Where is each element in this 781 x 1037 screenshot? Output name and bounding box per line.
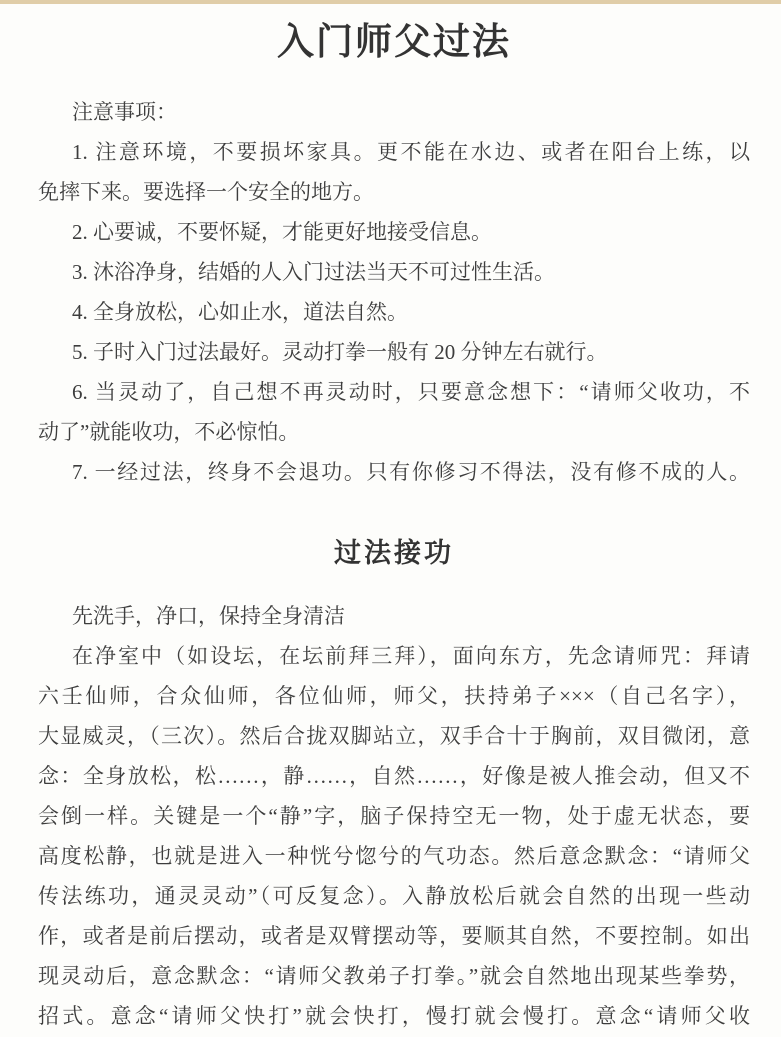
method-section-heading: 过法接功 — [38, 536, 750, 570]
text-line: 在净室中（如设坛，在坛前拜三拜），面向东方，先念请师咒：拜请 — [38, 636, 750, 676]
text-line: 大显威灵，（三次）。然后合拢双脚站立，双手合十于胸前，双目微闭，意 — [38, 716, 750, 756]
scanned-document-page: { "colors": { "top_strip": "#e0cda8", "t… — [0, 0, 781, 1037]
text-line: 1. 注意环境，不要损坏家具。更不能在水边、或者在阳台上练，以 — [38, 132, 750, 172]
text-line: 现灵动后，意念默念：“请师父教弟子打拳。”就会自然地出现某些拳势， — [38, 956, 750, 996]
page-body: 入门师父过法 注意事项： 1. 注意环境，不要损坏家具。更不能在水边、或者在阳台… — [0, 20, 781, 1036]
text-line: 会倒一样。关键是一个“静”字，脑子保持空无一物，处于虚无状态，要 — [38, 796, 750, 836]
text-line: 念：全身放松，松……，静……，自然……，好像是被人推会动，但又不 — [38, 756, 750, 796]
text-line: 6. 当灵动了，自己想不再灵动时，只要意念想下：“请师父收功，不 — [38, 372, 750, 412]
text-line: 4. 全身放松，心如止水，道法自然。 — [38, 292, 750, 332]
notes-heading: 注意事项： — [38, 92, 750, 132]
text-line: 招式。意念“请师父快打”就会快打，慢打就会慢打。意念“请师父收 — [38, 996, 750, 1036]
text-line: 3. 沐浴净身，结婚的人入门过法当天不可过性生活。 — [38, 252, 750, 292]
text-line: 高度松静，也就是进入一种恍兮惚兮的气功态。然后意念默念：“请师父 — [38, 836, 750, 876]
text-line: 5. 子时入门过法最好。灵动打拳一般有 20 分钟左右就行。 — [38, 332, 750, 372]
text-line: 7. 一经过法，终身不会退功。只有你修习不得法，没有修不成的人。 — [38, 452, 750, 492]
text-line: 六壬仙师，合众仙师，各位仙师，师父，扶持弟子×××（自己名字）， — [38, 676, 750, 716]
method-section-text: 先洗手，净口，保持全身清洁在净室中（如设坛，在坛前拜三拜），面向东方，先念请师咒… — [38, 596, 750, 1036]
page-top-border — [0, 0, 781, 4]
page-title: 入门师父过法 — [38, 20, 750, 66]
text-line: 动了”就能收功，不必惊怕。 — [38, 412, 750, 452]
notes-list: 1. 注意环境，不要损坏家具。更不能在水边、或者在阳台上练，以免摔下来。要选择一… — [38, 132, 750, 492]
text-line: 传法练功，通灵灵动”（可反复念）。入静放松后就会自然的出现一些动 — [38, 876, 750, 916]
text-line: 先洗手，净口，保持全身清洁 — [38, 596, 750, 636]
text-line: 作，或者是前后摆动，或者是双臂摆动等，要顺其自然，不要控制。如出 — [38, 916, 750, 956]
text-line: 免摔下来。要选择一个安全的地方。 — [38, 172, 750, 212]
text-line: 2. 心要诚，不要怀疑，才能更好地接受信息。 — [38, 212, 750, 252]
